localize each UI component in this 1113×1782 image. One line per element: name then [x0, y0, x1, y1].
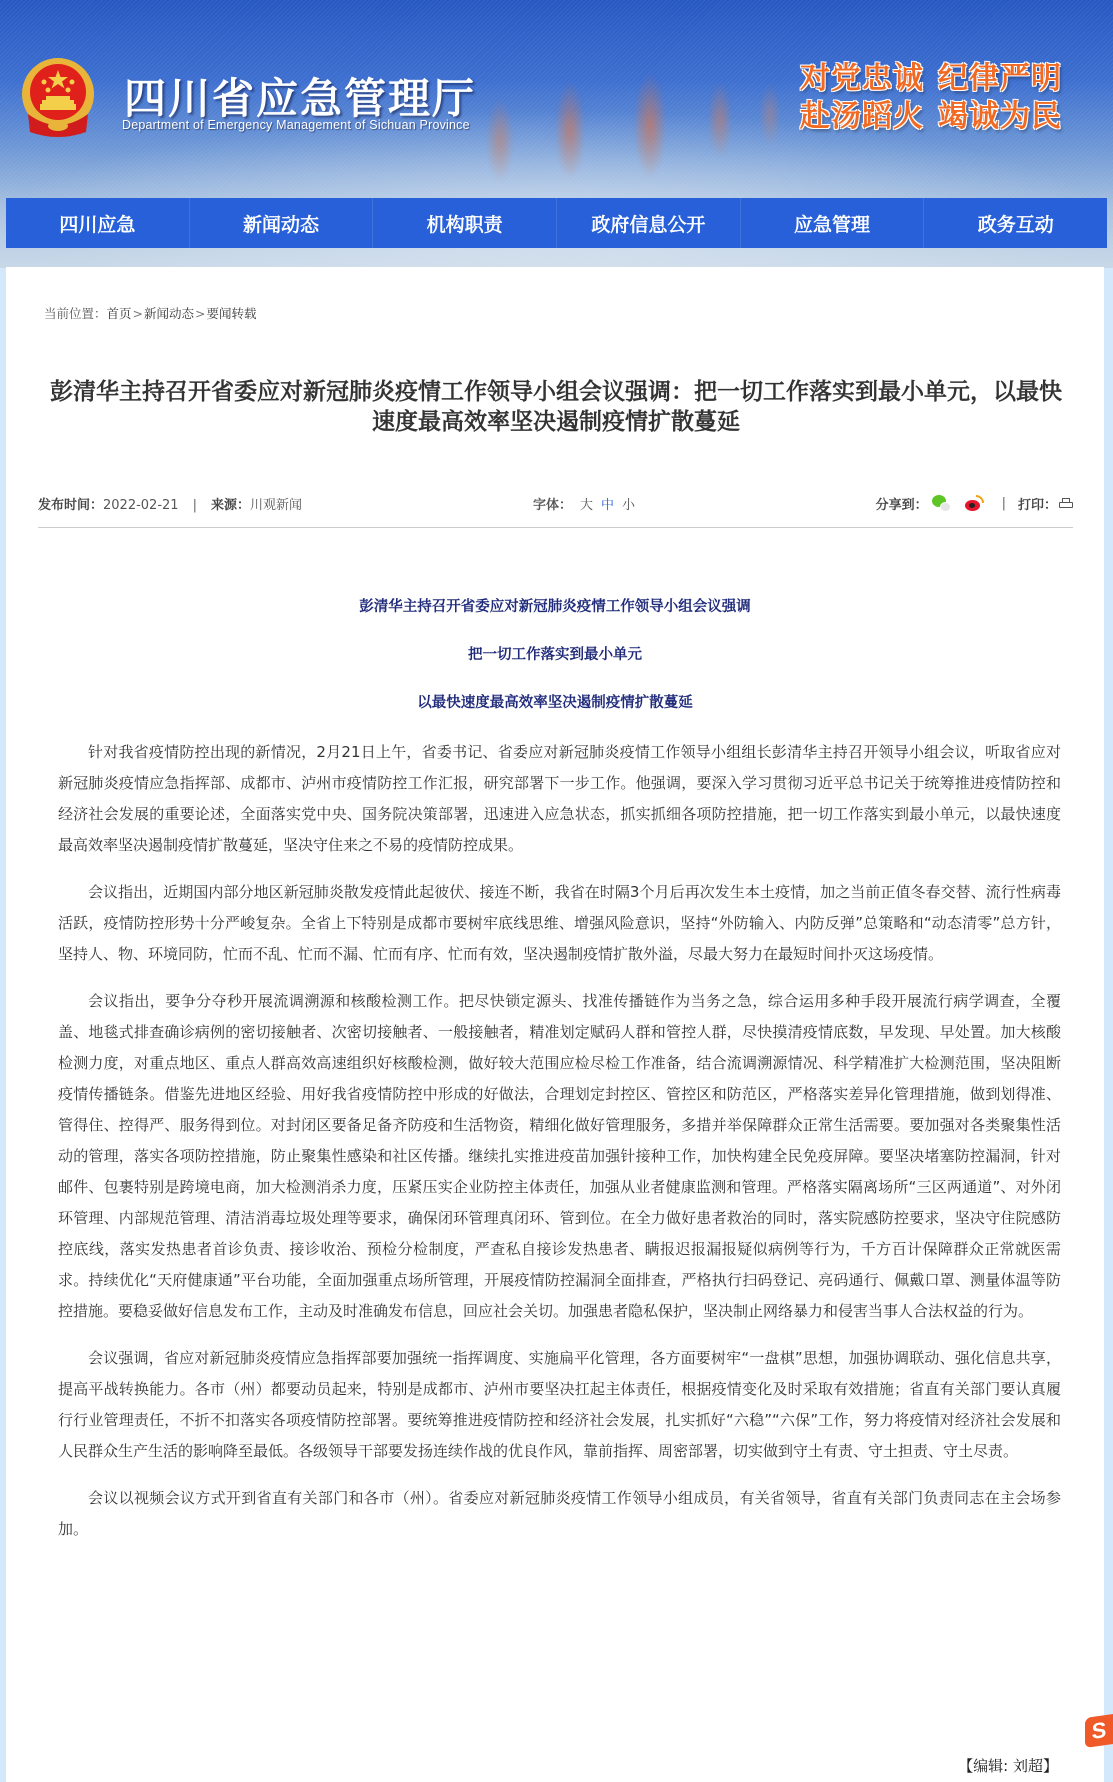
- breadcrumb-current[interactable]: 要闻转载: [207, 306, 257, 321]
- subhead: 彭清华主持召开省委应对新冠肺炎疫情工作领导小组会议强调: [6, 597, 1104, 645]
- article-title: 彭清华主持召开省委应对新冠肺炎疫情工作领导小组会议强调：把一切工作落实到最小单元…: [26, 377, 1086, 437]
- national-emblem-icon: [20, 56, 96, 140]
- font-size-label: 字体：: [533, 498, 572, 513]
- font-size-control: 字体：大中小: [533, 494, 635, 513]
- publish-label: 发布时间：: [38, 498, 103, 513]
- article-paragraph: 会议指出，近期国内部分地区新冠肺炎散发疫情此起彼伏、接连不断，我省在时隔3个月后…: [58, 877, 1061, 970]
- nav-item-news[interactable]: 新闻动态: [190, 198, 374, 248]
- site-title: 四川省应急管理厅: [124, 66, 476, 126]
- firefighters-image: [460, 30, 790, 200]
- printer-icon[interactable]: [1059, 498, 1073, 510]
- breadcrumb-news[interactable]: 新闻动态: [144, 306, 194, 321]
- editor-credit: 【编辑: 刘超】: [958, 1755, 1058, 1776]
- meta-divider: |: [193, 498, 197, 513]
- font-size-medium[interactable]: 中: [601, 498, 614, 513]
- site-subtitle: Department of Emergency Management of Si…: [122, 118, 470, 132]
- content-area: 当前位置：首页>新闻动态>要闻转载 彭清华主持召开省委应对新冠肺炎疫情工作领导小…: [6, 267, 1104, 1782]
- article-body: 针对我省疫情防控出现的新情况，2月21日上午，省委书记、省委应对新冠肺炎疫情工作…: [58, 737, 1061, 1561]
- article-subheads: 彭清华主持召开省委应对新冠肺炎疫情工作领导小组会议强调 把一切工作落实到最小单元…: [6, 597, 1104, 741]
- breadcrumb-home[interactable]: 首页: [107, 306, 132, 321]
- slogan-line-2: 赴汤蹈火竭诚为民: [800, 98, 1076, 136]
- font-size-large[interactable]: 大: [580, 498, 593, 513]
- slogan-phrase: 对党忠诚: [800, 60, 924, 98]
- article-paragraph: 针对我省疫情防控出现的新情况，2月21日上午，省委书记、省委应对新冠肺炎疫情工作…: [58, 737, 1061, 861]
- slogan-phrase: 赴汤蹈火: [800, 98, 924, 136]
- font-size-small[interactable]: 小: [622, 498, 635, 513]
- subhead: 把一切工作落实到最小单元: [6, 645, 1104, 693]
- nav-item-emergency-management[interactable]: 应急管理: [741, 198, 925, 248]
- weibo-icon[interactable]: [964, 495, 984, 513]
- meta-divider: |: [1002, 496, 1006, 511]
- article-meta: 发布时间：2022-02-21|来源：川观新闻 字体：大中小 分享到： | 打印…: [38, 494, 1073, 528]
- meta-right: 分享到： | 打印：: [876, 494, 1073, 513]
- print-label: 打印：: [1018, 494, 1057, 513]
- slogan-phrase: 纪律严明: [938, 60, 1062, 98]
- breadcrumb-label: 当前位置：: [44, 306, 107, 321]
- nav-item-gov-info[interactable]: 政府信息公开: [557, 198, 741, 248]
- nav-item-sichuan-emergency[interactable]: 四川应急: [6, 198, 190, 248]
- publish-date: 2022-02-21: [103, 498, 179, 513]
- wechat-icon[interactable]: [932, 495, 952, 513]
- breadcrumb-separator: >: [195, 306, 205, 321]
- slogan-phrase: 竭诚为民: [938, 98, 1062, 136]
- meta-left: 发布时间：2022-02-21|来源：川观新闻: [38, 494, 302, 513]
- subhead: 以最快速度最高效率坚决遏制疫情扩散蔓延: [6, 693, 1104, 741]
- article-title-line-1: 彭清华主持召开省委应对新冠肺炎疫情工作领导小组会议强调：把一切工作落实到最小单元…: [50, 379, 1062, 405]
- breadcrumb: 当前位置：首页>新闻动态>要闻转载: [44, 304, 257, 322]
- article-title-line-2: 速度最高效率坚决遏制疫情扩散蔓延: [372, 409, 740, 435]
- nav-item-responsibilities[interactable]: 机构职责: [373, 198, 557, 248]
- slogan-line-1: 对党忠诚纪律严明: [800, 60, 1076, 98]
- nav-item-interaction[interactable]: 政务互动: [924, 198, 1107, 248]
- sogou-s-icon[interactable]: S: [1085, 1714, 1113, 1748]
- breadcrumb-separator: >: [133, 306, 143, 321]
- share-label: 分享到：: [876, 494, 928, 513]
- slogan: 对党忠诚纪律严明 赴汤蹈火竭诚为民: [800, 60, 1076, 136]
- source-value: 川观新闻: [250, 498, 302, 513]
- main-nav: 四川应急 新闻动态 机构职责 政府信息公开 应急管理 政务互动: [6, 198, 1107, 248]
- article-paragraph: 会议指出，要争分夺秒开展流调溯源和核酸检测工作。把尽快锁定源头、找准传播链作为当…: [58, 986, 1061, 1327]
- article-paragraph: 会议强调，省应对新冠肺炎疫情应急指挥部要加强统一指挥调度、实施扁平化管理，各方面…: [58, 1343, 1061, 1467]
- source-label: 来源：: [211, 498, 250, 513]
- article-paragraph: 会议以视频会议方式开到省直有关部门和各市（州）。省委应对新冠肺炎疫情工作领导小组…: [58, 1483, 1061, 1545]
